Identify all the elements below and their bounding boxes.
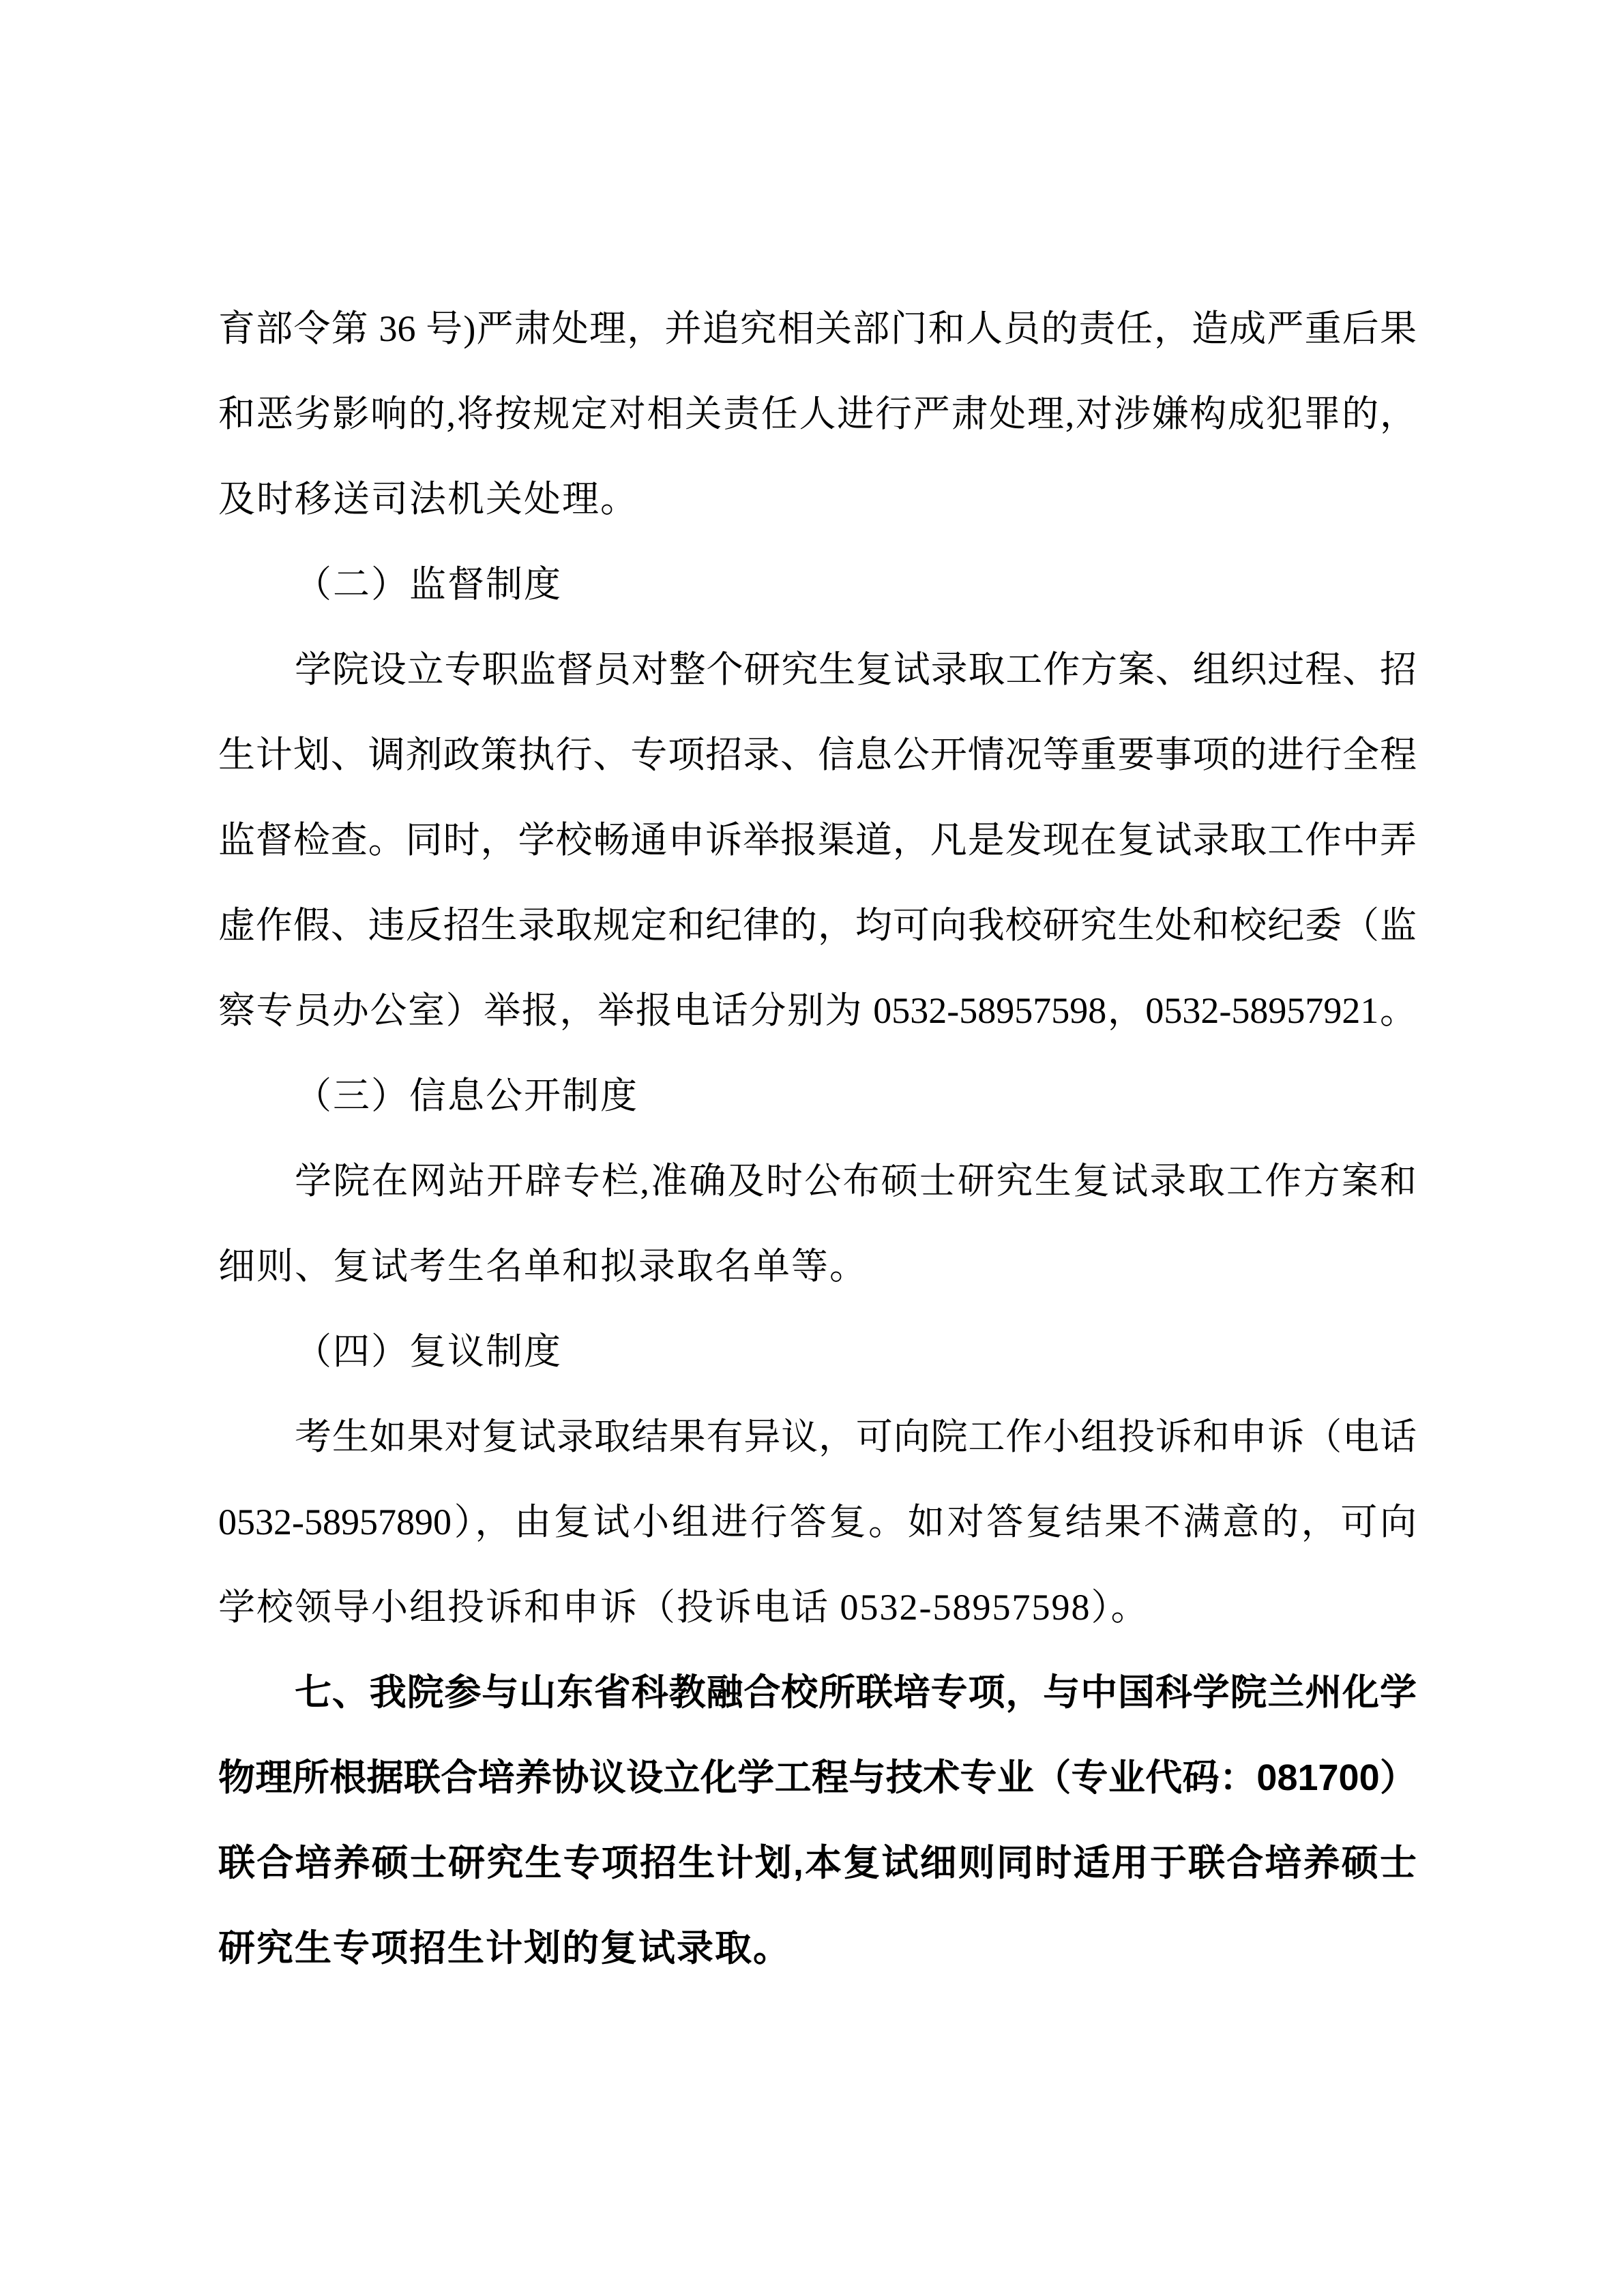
text-line: 细则、复试考生名单和拟录取名单等。 bbox=[218, 1224, 1417, 1309]
document-page: 育部令第 36 号)严肃处理，并追究相关部门和人员的责任，造成严重后果和恶劣影响… bbox=[0, 0, 1624, 2296]
text-line: 物理所根据联合培养协议设立化学工程与技术专业（专业代码：081700） bbox=[218, 1735, 1417, 1821]
text-line: 察专员办公室）举报，举报电话分别为 0532-58957598，0532-589… bbox=[218, 968, 1417, 1054]
text-line: 学院设立专职监督员对整个研究生复试录取工作方案、组织过程、招 bbox=[218, 627, 1417, 713]
text-line: 育部令第 36 号)严肃处理，并追究相关部门和人员的责任，造成严重后果 bbox=[218, 286, 1417, 372]
text-line: 及时移送司法机关处理。 bbox=[218, 457, 1417, 542]
text-line: 研究生专项招生计划的复试录取。 bbox=[218, 1906, 1417, 1991]
text-line: 七、我院参与山东省科教融合校所联培专项，与中国科学院兰州化学 bbox=[218, 1650, 1417, 1735]
text-line: 联合培养硕士研究生专项招生计划,本复试细则同时适用于联合培养硕士 bbox=[218, 1821, 1417, 1906]
text-line: 生计划、调剂政策执行、专项招录、信息公开情况等重要事项的进行全程 bbox=[218, 713, 1417, 798]
text-line: （四）复议制度 bbox=[218, 1309, 1417, 1395]
text-line: 和恶劣影响的,将按规定对相关责任人进行严肃处理,对涉嫌构成犯罪的， bbox=[218, 372, 1417, 457]
text-line: 虚作假、违反招生录取规定和纪律的，均可向我校研究生处和校纪委（监 bbox=[218, 883, 1417, 968]
document-text-block: 育部令第 36 号)严肃处理，并追究相关部门和人员的责任，造成严重后果和恶劣影响… bbox=[218, 286, 1417, 1991]
text-line: 学院在网站开辟专栏,准确及时公布硕士研究生复试录取工作方案和 bbox=[218, 1139, 1417, 1224]
text-line: （三）信息公开制度 bbox=[218, 1054, 1417, 1139]
text-line: 考生如果对复试录取结果有异议，可向院工作小组投诉和申诉（电话 bbox=[218, 1395, 1417, 1480]
text-line: 监督检查。同时，学校畅通申诉举报渠道，凡是发现在复试录取工作中弄 bbox=[218, 798, 1417, 883]
text-line: 学校领导小组投诉和申诉（投诉电话 0532-58957598）。 bbox=[218, 1565, 1417, 1650]
text-line: 0532-58957890），由复试小组进行答复。如对答复结果不满意的，可向 bbox=[218, 1480, 1417, 1565]
text-line: （二）监督制度 bbox=[218, 542, 1417, 627]
